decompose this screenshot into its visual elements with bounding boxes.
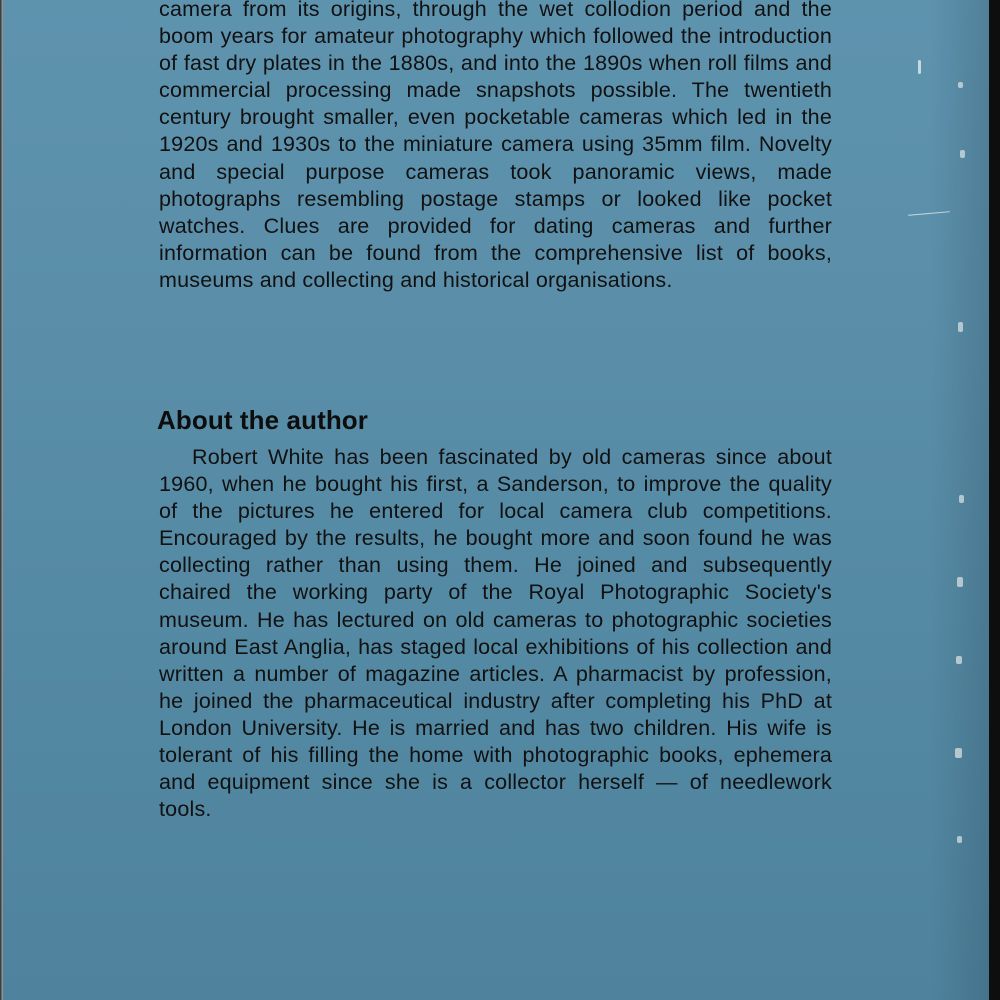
cover-scuff (957, 836, 962, 843)
book-right-edge (989, 0, 1000, 1000)
about-author-heading: About the author (157, 405, 368, 436)
cover-scuff (956, 656, 962, 664)
cover-scuff (957, 577, 963, 587)
cover-scuff (960, 150, 965, 158)
cover-scuff (958, 82, 963, 88)
author-bio: Robert White has been fascinated by old … (159, 444, 832, 823)
cover-scuff (958, 322, 963, 332)
cover-scuff (918, 60, 921, 74)
book-description: camera from its origins, through the wet… (159, 0, 832, 294)
cover-scuff (959, 495, 964, 503)
cover-scuff (955, 748, 962, 758)
cover-scuff (908, 211, 950, 216)
